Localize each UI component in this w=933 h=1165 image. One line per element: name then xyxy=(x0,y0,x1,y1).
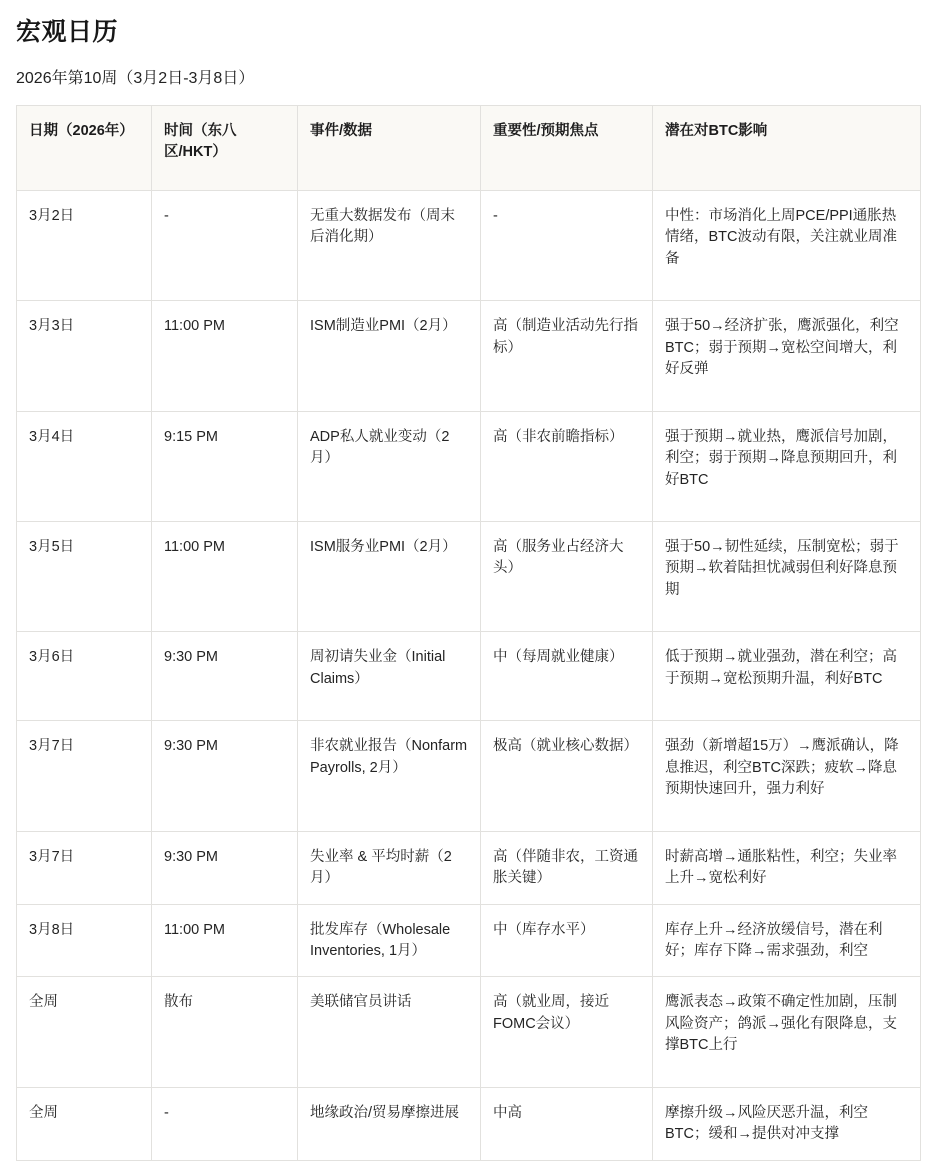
cell-importance: 高（就业周，接近FOMC会议） xyxy=(481,977,653,1087)
cell-event: 地缘政治/贸易摩擦进展 xyxy=(298,1087,481,1160)
table-row: 全周 - 地缘政治/贸易摩擦进展 中高 摩擦升级→风险厌恶升温，利空BTC；缓和… xyxy=(17,1087,921,1160)
cell-btc-impact: 低于预期→就业强劲，潜在利空；高于预期→宽松预期升温，利好BTC xyxy=(653,632,921,721)
cell-btc-impact: 时薪高增→通胀粘性，利空；失业率上升→宽松利好 xyxy=(653,831,921,904)
table-row: 3月3日 11:00 PM ISM制造业PMI（2月） 高（制造业活动先行指标）… xyxy=(17,301,921,411)
cell-time: 11:00 PM xyxy=(152,521,298,631)
cell-time: - xyxy=(152,1087,298,1160)
page-title: 宏观日历 xyxy=(16,12,920,48)
cell-importance: 高（伴随非农，工资通胀关键） xyxy=(481,831,653,904)
cell-btc-impact: 鹰派表态→政策不确定性加剧，压制风险资产；鸽派→强化有限降息，支撑BTC上行 xyxy=(653,977,921,1087)
cell-importance: - xyxy=(481,190,653,300)
cell-event: 美联储官员讲话 xyxy=(298,977,481,1087)
cell-importance: 高（非农前瞻指标） xyxy=(481,411,653,521)
table-row: 3月4日 9:15 PM ADP私人就业变动（2月） 高（非农前瞻指标） 强于预… xyxy=(17,411,921,521)
table-row: 3月2日 - 无重大数据发布（周末后消化期） - 中性：市场消化上周PCE/PP… xyxy=(17,190,921,300)
cell-event: 批发库存（Wholesale Inventories, 1月） xyxy=(298,904,481,977)
cell-time: 11:00 PM xyxy=(152,904,298,977)
cell-importance: 中高 xyxy=(481,1087,653,1160)
cell-date: 3月7日 xyxy=(17,721,152,831)
cell-event: 失业率 & 平均时薪（2月） xyxy=(298,831,481,904)
cell-date: 3月3日 xyxy=(17,301,152,411)
table-row: 3月5日 11:00 PM ISM服务业PMI（2月） 高（服务业占经济大头） … xyxy=(17,521,921,631)
cell-btc-impact: 强于50→韧性延续，压制宽松；弱于预期→软着陆担忧减弱但利好降息预期 xyxy=(653,521,921,631)
cell-date: 3月6日 xyxy=(17,632,152,721)
cell-event: ISM制造业PMI（2月） xyxy=(298,301,481,411)
cell-event: 非农就业报告（Nonfarm Payrolls, 2月） xyxy=(298,721,481,831)
cell-date: 3月8日 xyxy=(17,904,152,977)
table-row: 3月6日 9:30 PM 周初请失业金（Initial Claims） 中（每周… xyxy=(17,632,921,721)
col-header-event: 事件/数据 xyxy=(298,106,481,191)
table-row: 3月8日 11:00 PM 批发库存（Wholesale Inventories… xyxy=(17,904,921,977)
cell-btc-impact: 库存上升→经济放缓信号，潜在利好；库存下降→需求强劲，利空 xyxy=(653,904,921,977)
cell-btc-impact: 强劲（新增超15万）→鹰派确认，降息推迟，利空BTC深跌；疲软→降息预期快速回升… xyxy=(653,721,921,831)
col-header-time: 时间（东八区/HKT） xyxy=(152,106,298,191)
cell-time: - xyxy=(152,190,298,300)
table-row: 3月7日 9:30 PM 失业率 & 平均时薪（2月） 高（伴随非农，工资通胀关… xyxy=(17,831,921,904)
cell-time: 9:30 PM xyxy=(152,632,298,721)
table-row: 全周 散布 美联储官员讲话 高（就业周，接近FOMC会议） 鹰派表态→政策不确定… xyxy=(17,977,921,1087)
cell-importance: 中（每周就业健康） xyxy=(481,632,653,721)
cell-event: 周初请失业金（Initial Claims） xyxy=(298,632,481,721)
cell-time: 9:30 PM xyxy=(152,831,298,904)
cell-importance: 极高（就业核心数据） xyxy=(481,721,653,831)
cell-time: 11:00 PM xyxy=(152,301,298,411)
cell-btc-impact: 中性：市场消化上周PCE/PPI通胀热情绪，BTC波动有限，关注就业周准备 xyxy=(653,190,921,300)
cell-event: 无重大数据发布（周末后消化期） xyxy=(298,190,481,300)
cell-btc-impact: 摩擦升级→风险厌恶升温，利空BTC；缓和→提供对冲支撑 xyxy=(653,1087,921,1160)
cell-time: 9:30 PM xyxy=(152,721,298,831)
table-row: 3月7日 9:30 PM 非农就业报告（Nonfarm Payrolls, 2月… xyxy=(17,721,921,831)
cell-date: 3月2日 xyxy=(17,190,152,300)
col-header-importance: 重要性/预期焦点 xyxy=(481,106,653,191)
cell-importance: 高（制造业活动先行指标） xyxy=(481,301,653,411)
cell-date: 全周 xyxy=(17,977,152,1087)
cell-date: 3月5日 xyxy=(17,521,152,631)
cell-time: 散布 xyxy=(152,977,298,1087)
cell-date: 3月7日 xyxy=(17,831,152,904)
col-header-btc-impact: 潜在对BTC影响 xyxy=(653,106,921,191)
cell-importance: 中（库存水平） xyxy=(481,904,653,977)
macro-calendar-table: 日期（2026年） 时间（东八区/HKT） 事件/数据 重要性/预期焦点 潜在对… xyxy=(16,105,921,1161)
cell-btc-impact: 强于预期→就业热，鹰派信号加剧，利空；弱于预期→降息预期回升，利好BTC xyxy=(653,411,921,521)
cell-time: 9:15 PM xyxy=(152,411,298,521)
cell-date: 3月4日 xyxy=(17,411,152,521)
cell-event: ADP私人就业变动（2月） xyxy=(298,411,481,521)
table-header-row: 日期（2026年） 时间（东八区/HKT） 事件/数据 重要性/预期焦点 潜在对… xyxy=(17,106,921,191)
cell-event: ISM服务业PMI（2月） xyxy=(298,521,481,631)
cell-date: 全周 xyxy=(17,1087,152,1160)
col-header-date: 日期（2026年） xyxy=(17,106,152,191)
page-subtitle: 2026年第10周（3月2日-3月8日） xyxy=(16,65,920,88)
cell-btc-impact: 强于50→经济扩张，鹰派强化，利空BTC；弱于预期→宽松空间增大，利好反弹 xyxy=(653,301,921,411)
page: 宏观日历 2026年第10周（3月2日-3月8日） 日期（2026年） 时间（东… xyxy=(0,0,933,1165)
cell-importance: 高（服务业占经济大头） xyxy=(481,521,653,631)
